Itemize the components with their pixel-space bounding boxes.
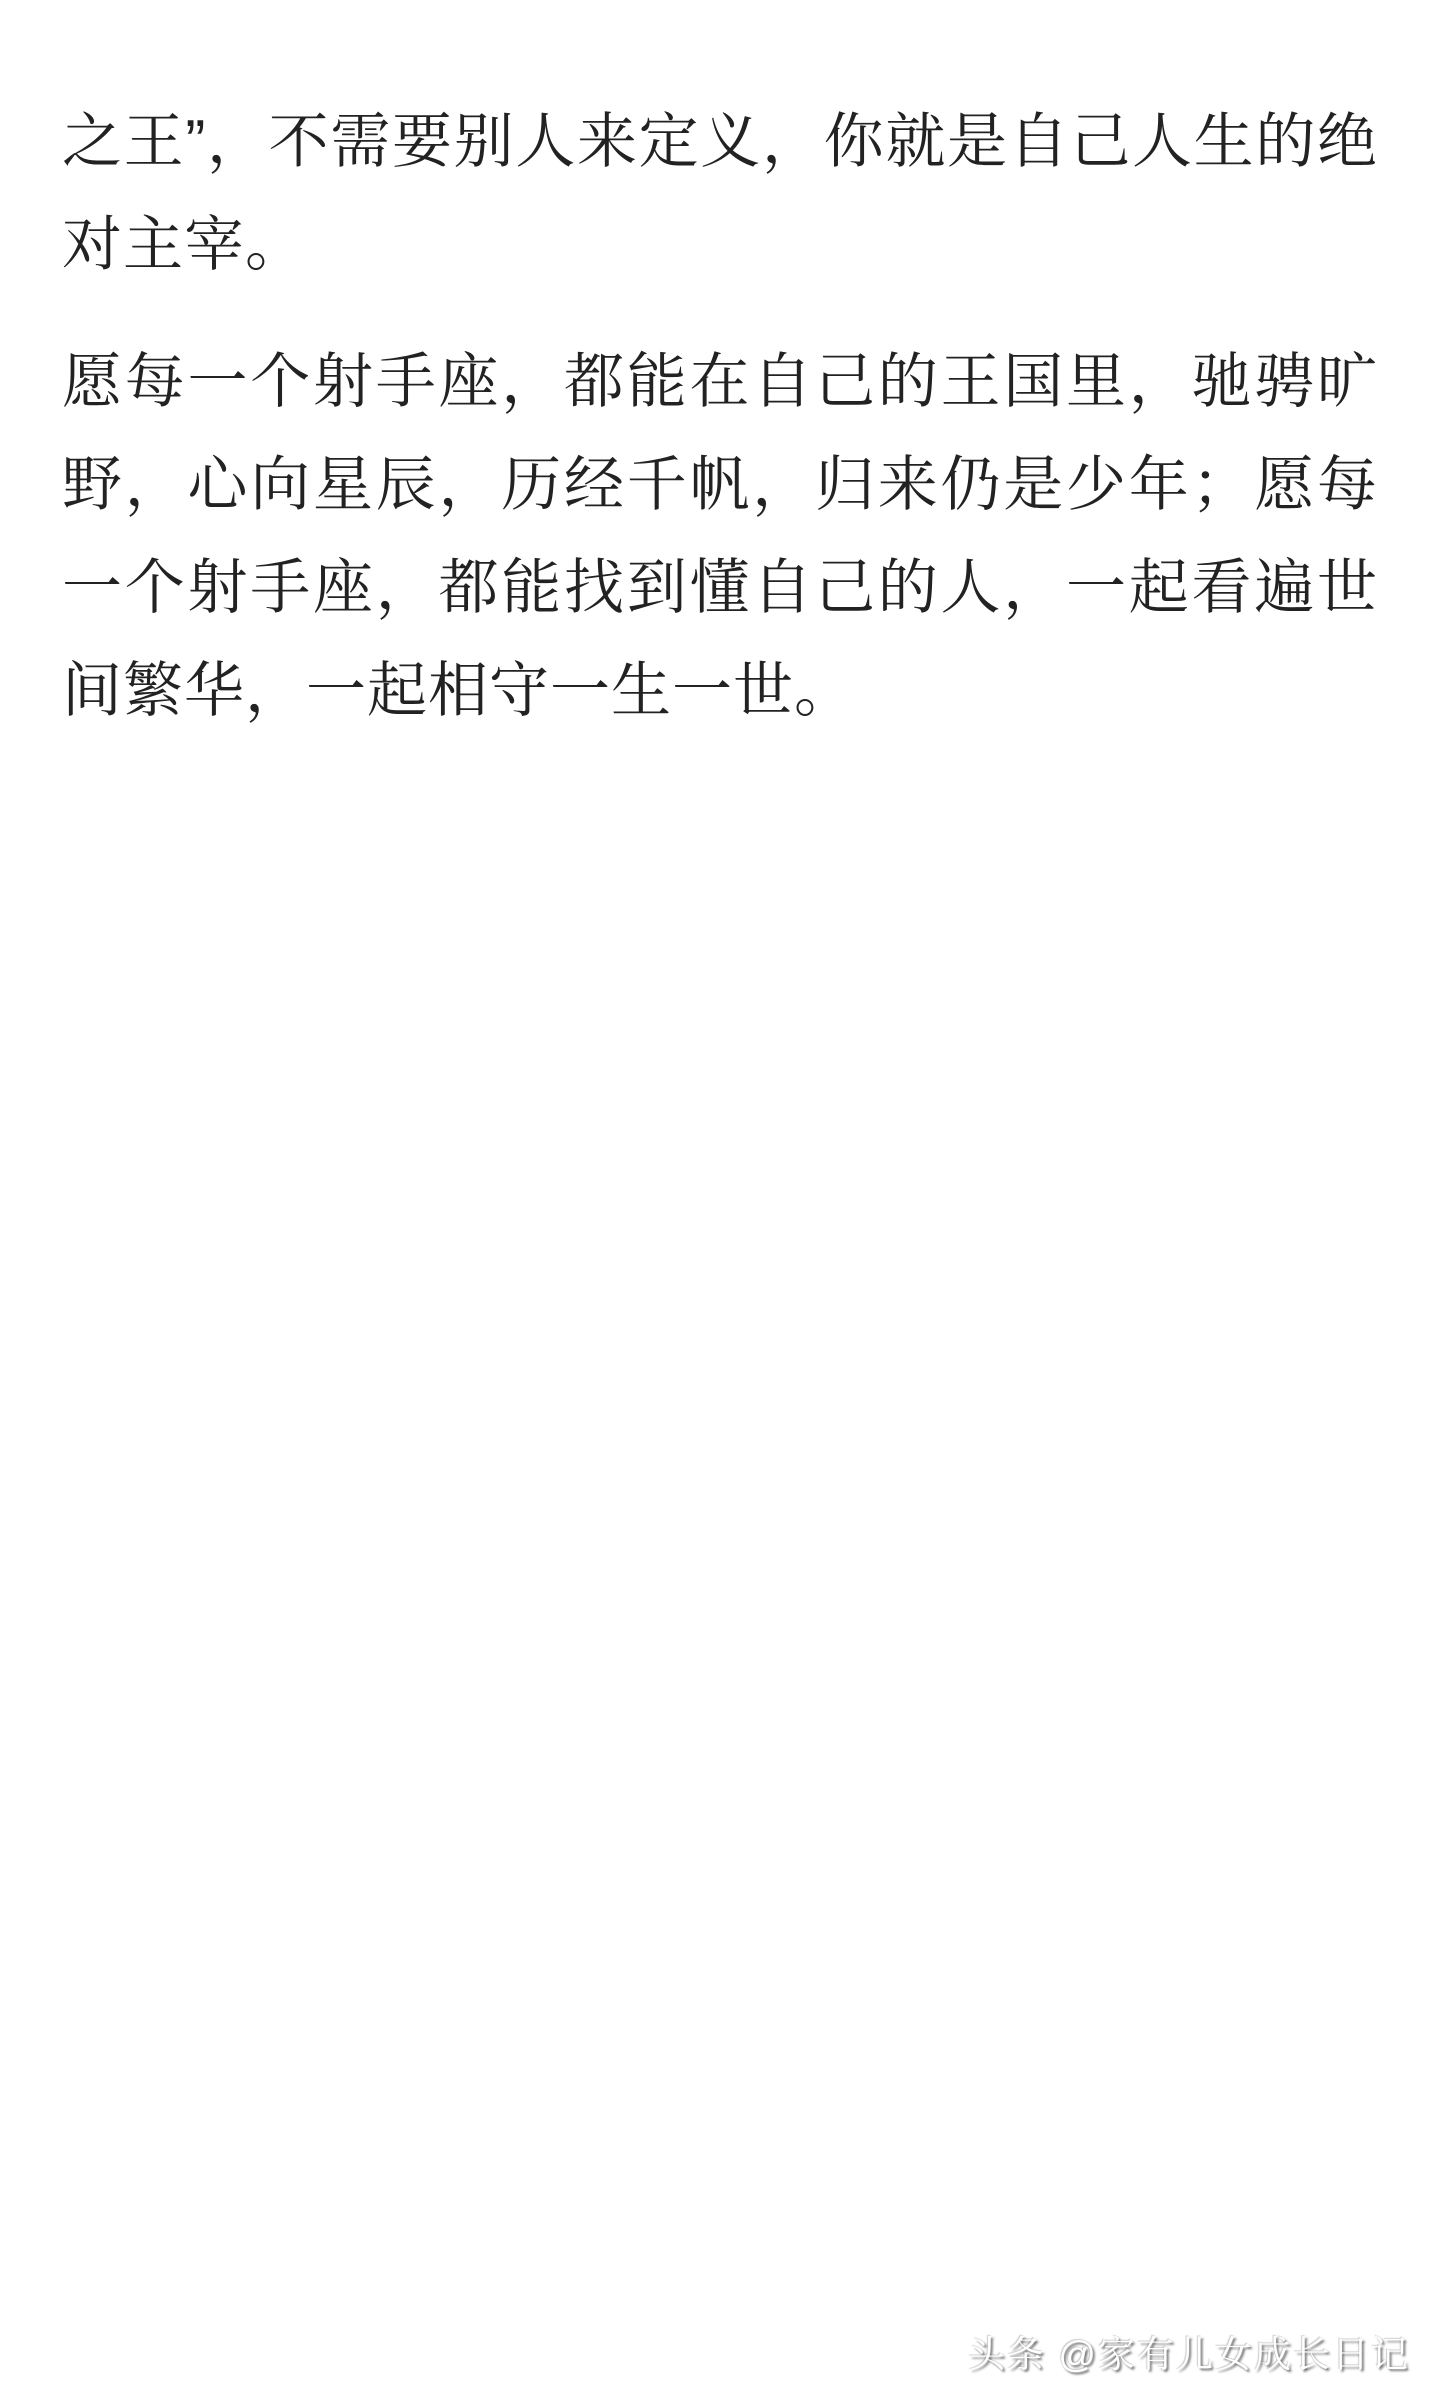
watermark: 头条 @家有儿女成长日记 bbox=[968, 2324, 1410, 2378]
article-page: 之王”，不需要别人来定义，你就是自己人生的绝对主宰。 愿每一个射手座，都能在自己… bbox=[0, 0, 1440, 742]
paragraph-2: 愿每一个射手座，都能在自己的王国里，驰骋旷野，心向星辰，历经千帆，归来仍是少年；… bbox=[62, 330, 1378, 742]
paragraph-1: 之王”，不需要别人来定义，你就是自己人生的绝对主宰。 bbox=[62, 90, 1378, 296]
article-body: 之王”，不需要别人来定义，你就是自己人生的绝对主宰。 愿每一个射手座，都能在自己… bbox=[0, 0, 1440, 742]
